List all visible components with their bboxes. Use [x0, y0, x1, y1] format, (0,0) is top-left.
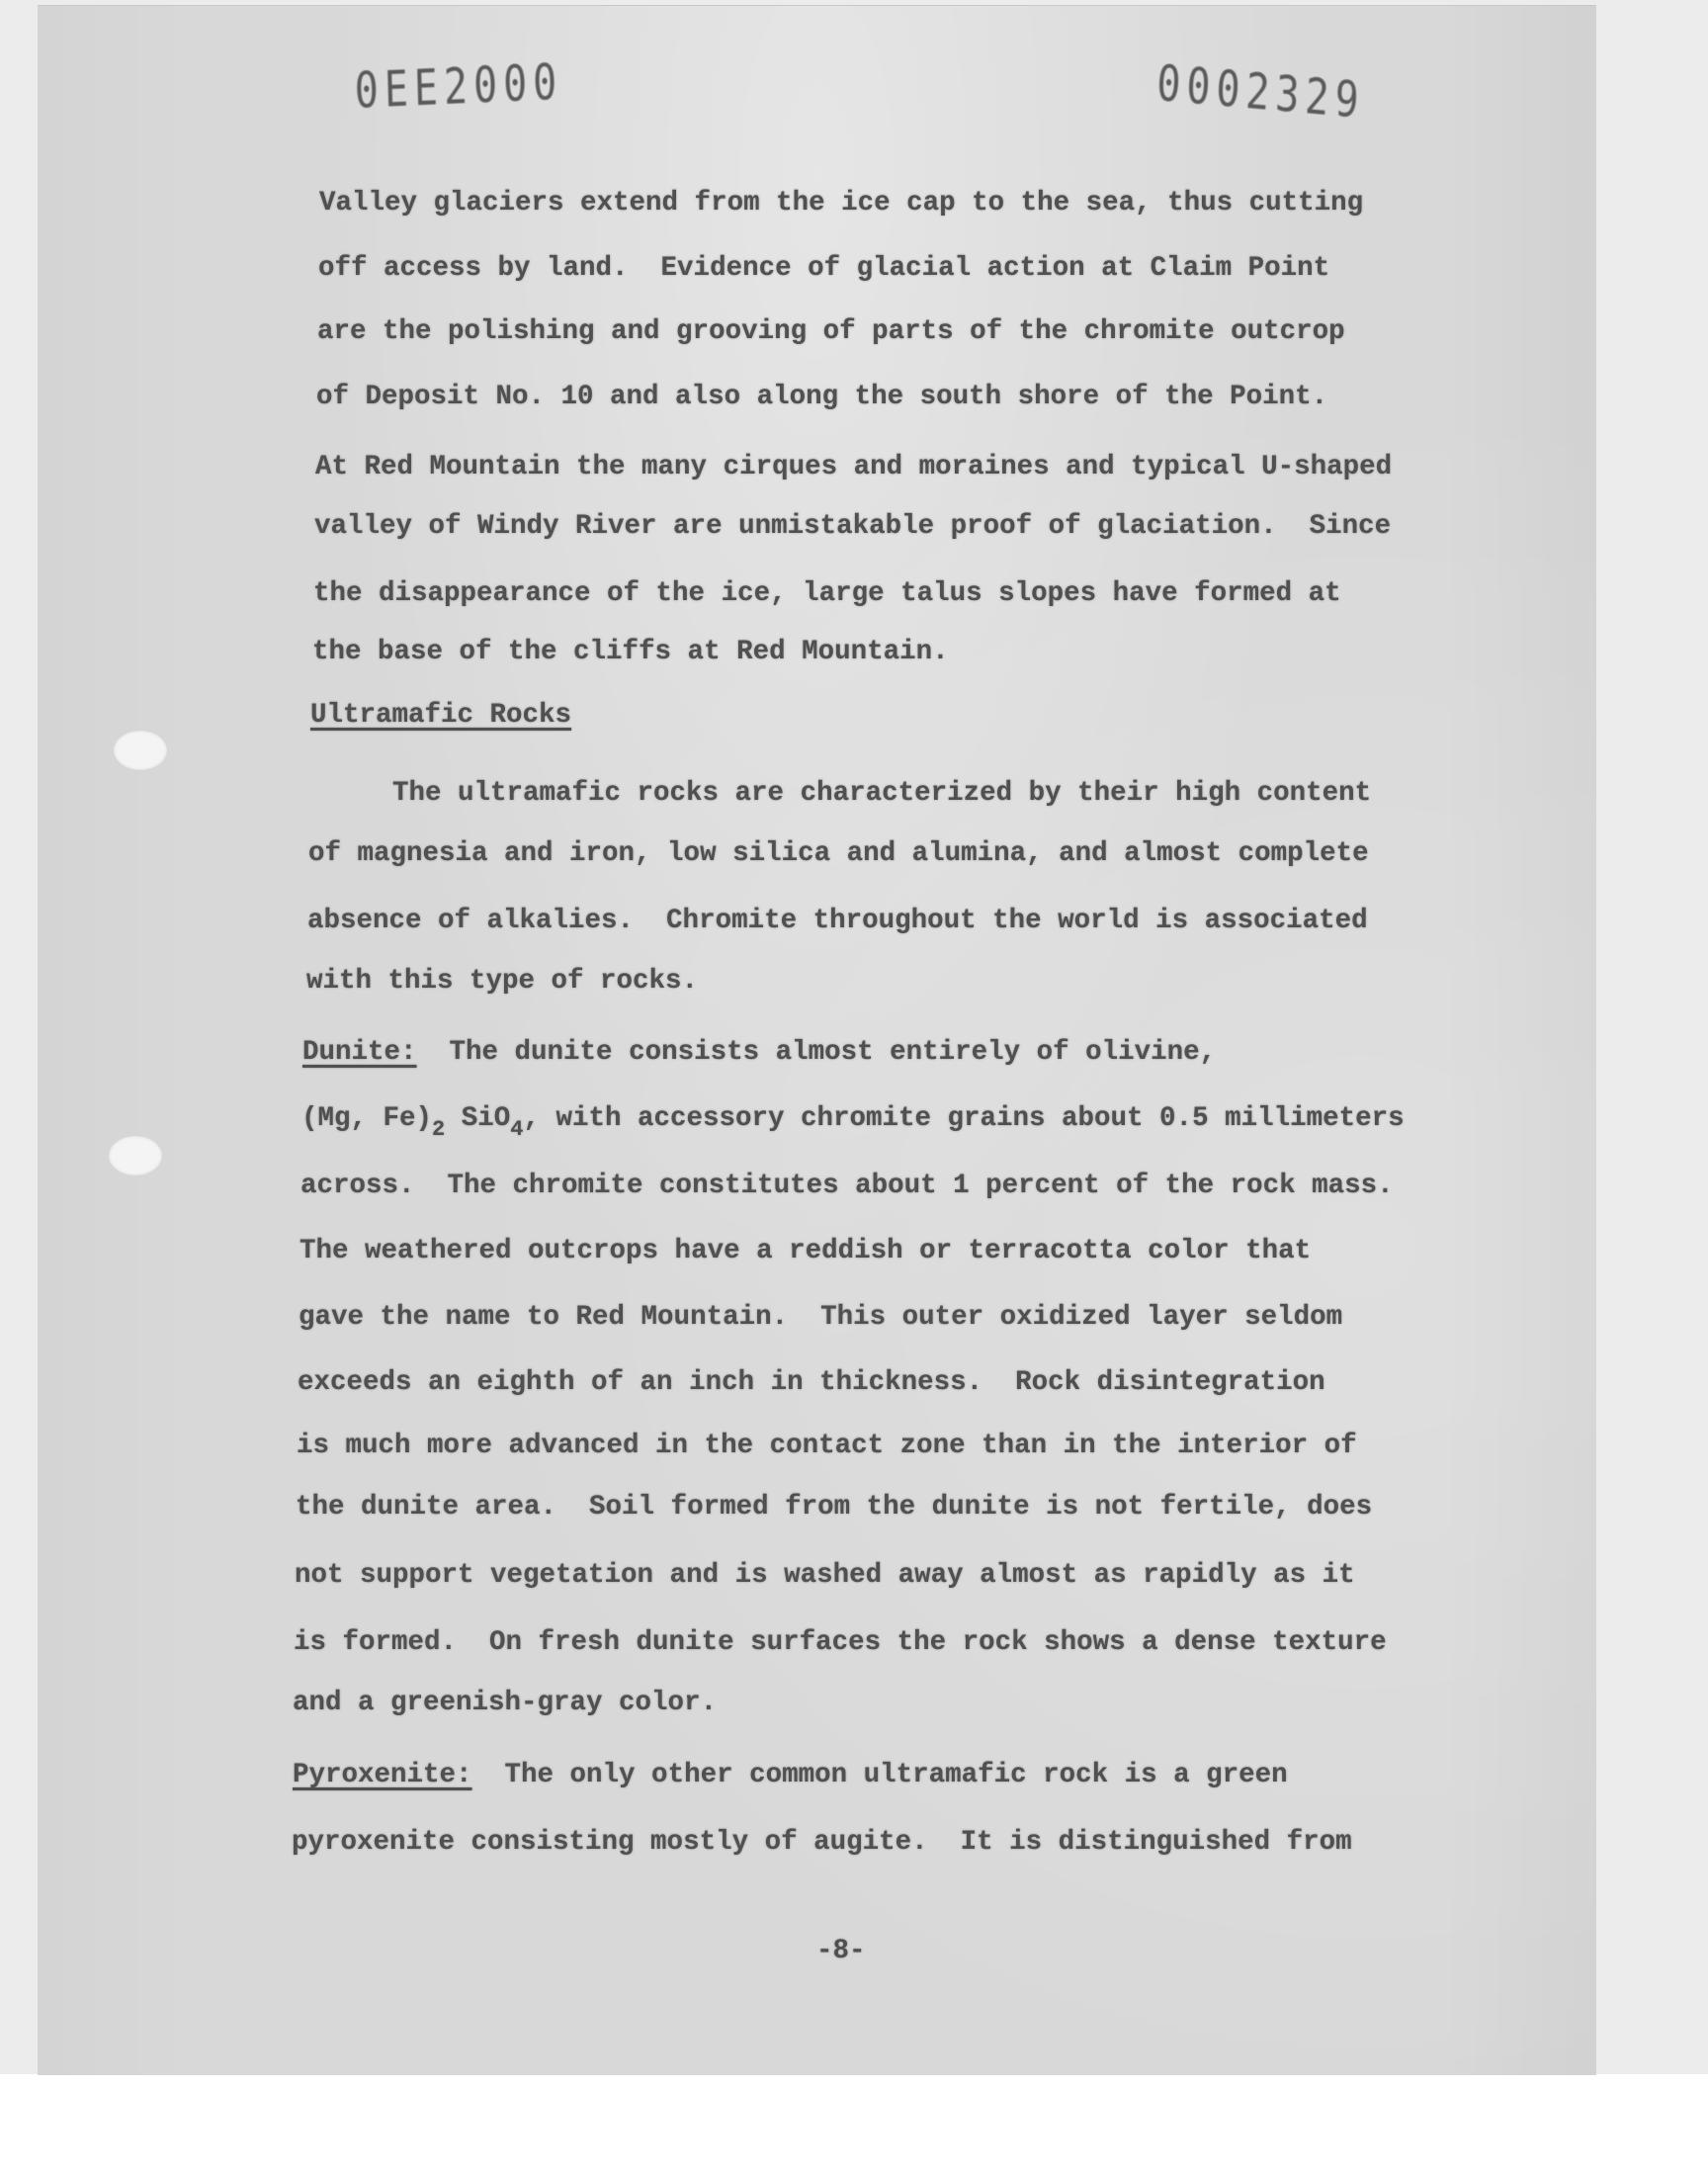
text-line: not support vegetation and is washed awa…: [295, 1560, 1355, 1592]
text-line: the dunite area. Soil formed from the du…: [296, 1492, 1372, 1523]
text-line: is formed. On fresh dunite surfaces the …: [294, 1627, 1387, 1659]
text-line: and a greenish-gray color.: [293, 1688, 717, 1719]
text-line: off access by land. Evidence of glacial …: [318, 253, 1329, 285]
section-heading: Ultramafic Rocks: [310, 700, 571, 732]
formula-subscript: 2: [432, 1117, 445, 1142]
text-line: the disappearance of the ice, large talu…: [313, 578, 1341, 610]
pyroxenite-first-line-text: The only other common ultramafic rock is…: [472, 1760, 1288, 1790]
text-line: of magnesia and iron, low silica and alu…: [308, 838, 1369, 870]
punch-hole-bottom: [109, 1136, 162, 1175]
text-line: gave the name to Red Mountain. This oute…: [299, 1302, 1342, 1334]
text-line: across. The chromite constitutes about 1…: [300, 1171, 1394, 1202]
pyroxenite-first-line: Pyroxenite: The only other common ultram…: [293, 1760, 1288, 1791]
formula-part: SiO: [445, 1103, 510, 1134]
text-line: the base of the cliffs at Red Mountain.: [312, 637, 949, 668]
dunite-label: Dunite:: [302, 1037, 417, 1068]
formula-subscript: 4: [510, 1117, 523, 1142]
text-line: exceeds an eighth of an inch in thicknes…: [298, 1367, 1325, 1399]
text-line: pyroxenite consisting mostly of augite. …: [292, 1827, 1352, 1859]
text-line: are the polishing and grooving of parts …: [317, 316, 1345, 348]
punch-hole-top: [114, 731, 167, 770]
pyroxenite-label: Pyroxenite:: [293, 1760, 472, 1790]
text-line: valley of Windy River are unmistakable p…: [314, 511, 1391, 543]
text-line: At Red Mountain the many cirques and mor…: [315, 452, 1392, 483]
text-line: Valley glaciers extend from the ice cap …: [319, 188, 1363, 219]
page-number: -8-: [816, 1936, 866, 1966]
text-line: absence of alkalies. Chromite throughout…: [307, 906, 1368, 937]
bates-stamp-left: 0EE2000: [354, 54, 563, 121]
text-line: The ultramafic rocks are characterized b…: [392, 778, 1371, 810]
text-line: with this type of rocks.: [306, 966, 698, 998]
text-line: is much more advanced in the contact zon…: [297, 1431, 1357, 1462]
formula-part: (Mg, Fe): [301, 1103, 432, 1134]
formula-rest: , with accessory chromite grains about 0…: [523, 1103, 1404, 1134]
dunite-first-line-text: The dunite consists almost entirely of o…: [417, 1037, 1217, 1068]
text-line: The weathered outcrops have a reddish or…: [299, 1236, 1311, 1267]
dunite-formula-line: (Mg, Fe)2 SiO4, with accessory chromite …: [301, 1103, 1405, 1136]
text-line: of Deposit No. 10 and also along the sou…: [316, 382, 1327, 413]
dunite-first-line: Dunite: The dunite consists almost entir…: [302, 1037, 1216, 1069]
